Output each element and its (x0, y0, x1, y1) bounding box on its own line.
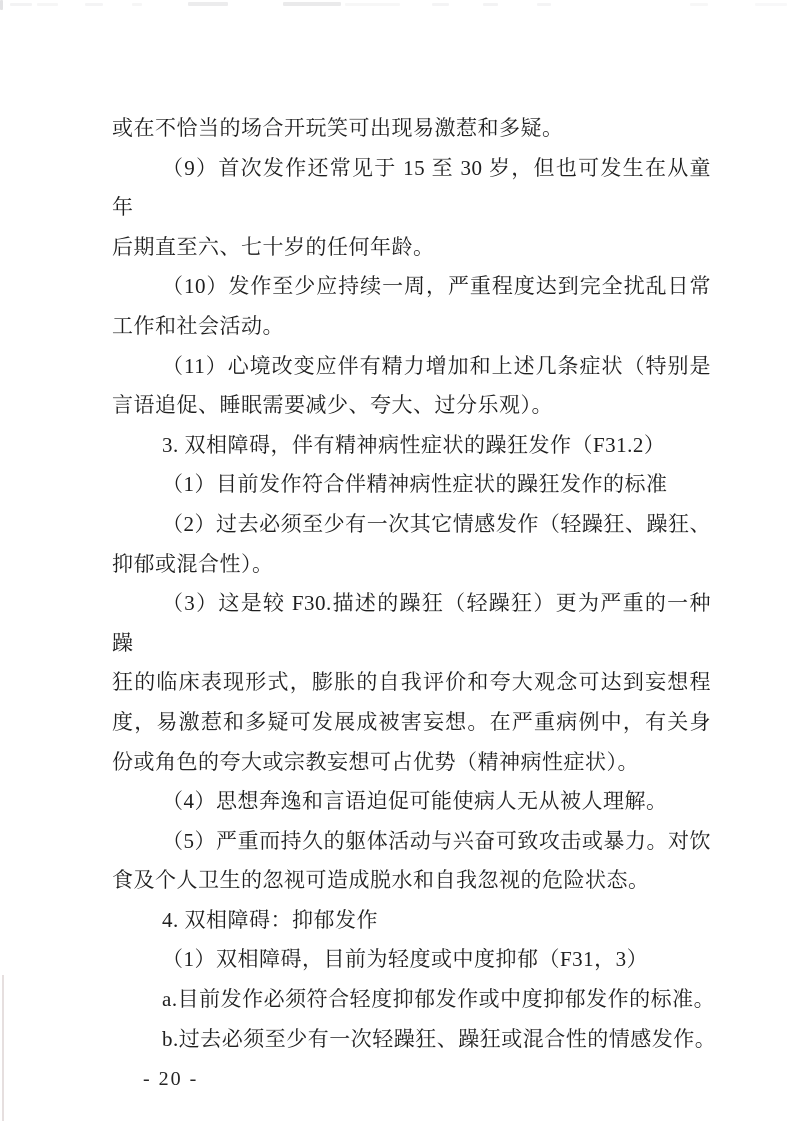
text-line: （3）这是较 F30.描述的躁狂（轻躁狂）更为严重的一种躁 (112, 584, 711, 663)
text-line: a.目前发作必须符合轻度抑郁发作或中度抑郁发作的标准。 (112, 980, 711, 1020)
text-line: （11）心境改变应伴有精力增加和上述几条症状（特别是 (112, 347, 711, 387)
scan-artifact (537, 3, 551, 6)
scan-artifact (10, 3, 32, 6)
scan-artifact (85, 3, 103, 6)
text-line section-heading: 3. 双相障碍，伴有精神病性症状的躁狂发作（F31.2） (112, 426, 711, 466)
text-line: 狂的临床表现形式，膨胀的自我评价和夸大观念可达到妄想程 (112, 663, 711, 703)
scan-artifact (755, 3, 787, 6)
text-line: 后期直至六、七十岁的任何年龄。 (112, 228, 711, 268)
text-line: （1）目前发作符合伴精神病性症状的躁狂发作的标准 (112, 465, 711, 505)
text-line: （10）发作至少应持续一周，严重程度达到完全扰乱日常 (112, 267, 711, 307)
text-line: 工作和社会活动。 (112, 307, 711, 347)
text-line: 言语追促、睡眠需要减少、夸大、过分乐观）。 (112, 386, 711, 426)
text-line: （5）严重而持久的躯体活动与兴奋可致攻击或暴力。对饮 (112, 822, 711, 862)
text-line: （9）首次发作还常见于 15 至 30 岁，但也可发生在从童年 (112, 149, 711, 228)
scan-artifact (690, 3, 708, 6)
text-line: 度，易激惹和多疑可发展成被害妄想。在严重病例中，有关身 (112, 703, 711, 743)
text-line: （2）过去必须至少有一次其它情感发作（轻躁狂、躁狂、 (112, 505, 711, 545)
text-line: 或在不恰当的场合开玩笑可出现易激惹和多疑。 (112, 109, 711, 149)
scan-artifact-left-edge (2, 975, 4, 1121)
text-line: （1）双相障碍，目前为轻度或中度抑郁（F31，3） (112, 940, 711, 980)
text-line: 食及个人卫生的忽视可造成脱水和自我忽视的危险状态。 (112, 861, 711, 901)
text-line: b.过去必须至少有一次轻躁狂、躁狂或混合性的情感发作。 (112, 1020, 711, 1060)
scan-artifact (132, 3, 142, 6)
document-body: 或在不恰当的场合开玩笑可出现易激惹和多疑。 （9）首次发作还常见于 15 至 3… (112, 109, 711, 1092)
text-line: 抑郁或混合性）。 (112, 545, 711, 585)
text-line: 份或角色的夸大或宗教妄想可占优势（精神病性症状）。 (112, 743, 711, 783)
text-line: （4）思想奔逸和言语迫促可能使病人无从被人理解。 (112, 782, 711, 822)
document-page: 或在不恰当的场合开玩笑可出现易激惹和多疑。 （9）首次发作还常见于 15 至 3… (0, 0, 793, 1121)
scan-artifact (283, 2, 341, 6)
scan-artifact (188, 2, 228, 6)
scan-artifact (0, 0, 3, 10)
scan-artifact (483, 3, 498, 6)
text-line section-heading: 4. 双相障碍：抑郁发作 (112, 901, 711, 941)
scan-artifact (345, 3, 400, 6)
page-number: - 20 - (143, 1066, 711, 1092)
scan-artifact (432, 3, 449, 6)
scan-artifact (37, 3, 58, 6)
